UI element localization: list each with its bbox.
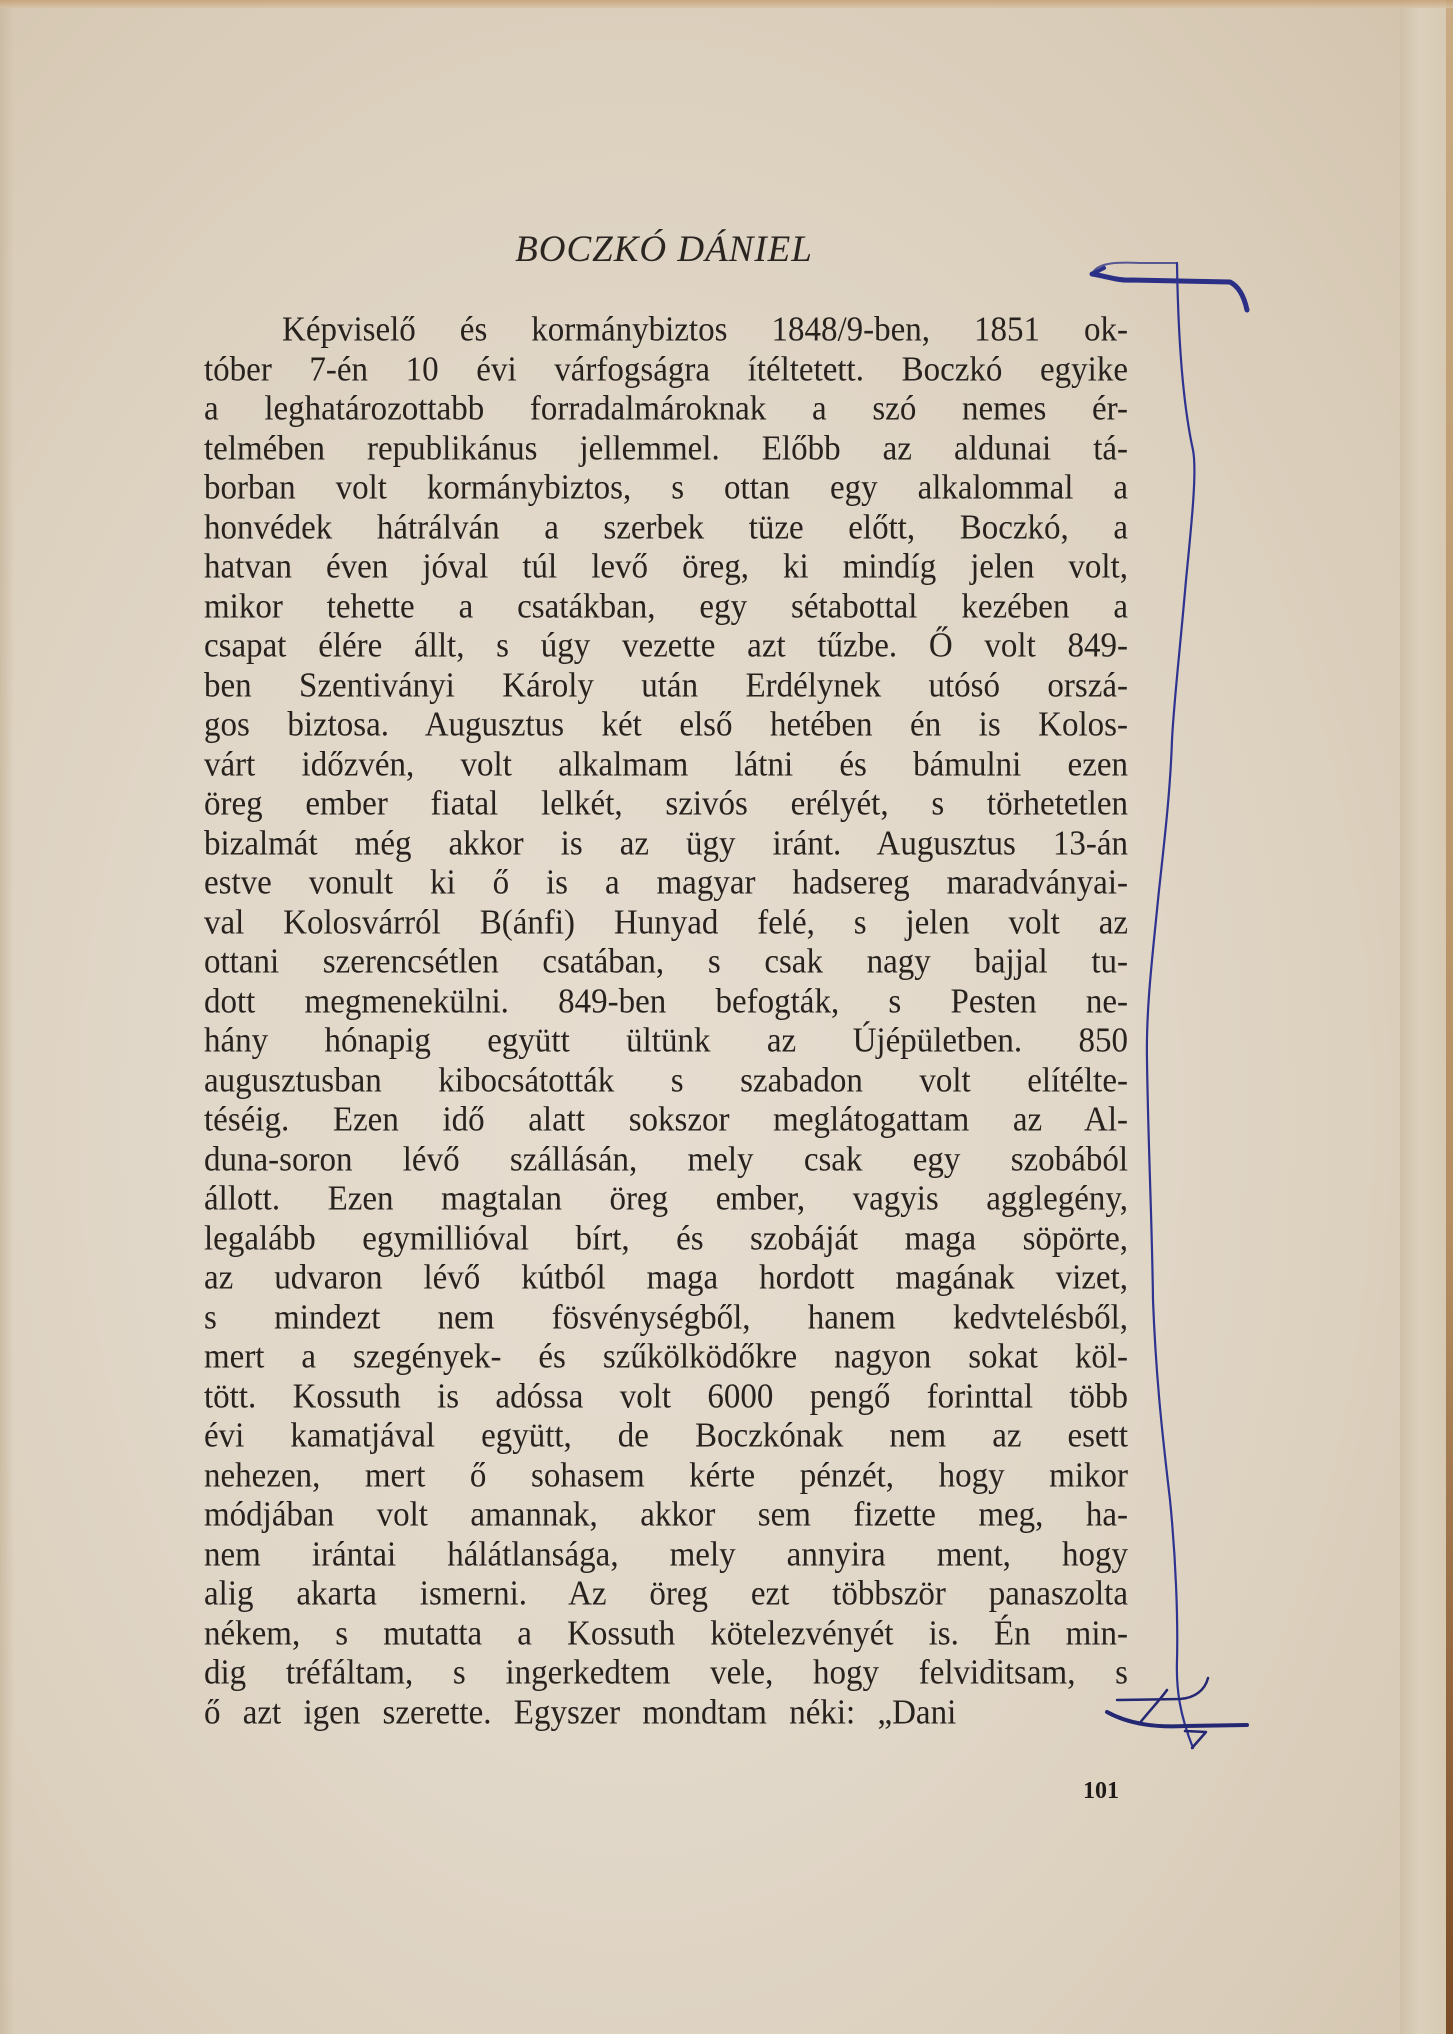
book-page: BOCZKÓ DÁNIEL Képviselő és kormánybiztos… bbox=[0, 0, 1400, 2034]
text-line: dig tréfáltam, s ingerkedtem vele, hogy … bbox=[204, 1653, 1128, 1695]
text-line: nékem, s mutatta a Kossuth kötelezvényét… bbox=[204, 1613, 1128, 1655]
text-line: gos biztosa. Augusztus két első hetében … bbox=[204, 705, 1128, 747]
underlying-page-edge bbox=[1398, 0, 1450, 2034]
page-top-edge bbox=[0, 0, 1453, 8]
text-line: dott megmenekülni. 849-ben befogták, s P… bbox=[204, 981, 1128, 1023]
text-line: öreg ember fiatal lelkét, szivós erélyét… bbox=[204, 784, 1128, 826]
text-line: duna-soron lévő szállásán, mely csak egy… bbox=[204, 1139, 1128, 1181]
text-line: évi kamatjával együtt, de Boczkónak nem … bbox=[204, 1416, 1128, 1458]
text-line: a leghatározottabb forradalmároknak a sz… bbox=[204, 389, 1128, 431]
text-line: állott. Ezen magtalan öreg ember, vagyis… bbox=[204, 1179, 1128, 1221]
body-paragraph: Képviselő és kormánybiztos 1848/9-ben, 1… bbox=[204, 311, 1128, 1733]
text-line: várt időzvén, volt alkalmam látni és bám… bbox=[204, 744, 1128, 786]
text-line: tóber 7-én 10 évi várfogságra ítéltetett… bbox=[204, 349, 1128, 391]
text-line: bizalmát még akkor is az ügy iránt. Augu… bbox=[204, 823, 1128, 865]
text-line: Képviselő és kormánybiztos 1848/9-ben, 1… bbox=[204, 310, 1128, 352]
text-line: mikor tehette a csatákban, egy sétabotta… bbox=[204, 586, 1128, 628]
text-line: val Kolosvárról B(ánfi) Hunyad felé, s j… bbox=[204, 902, 1128, 944]
text-line: legalább egymillióval bírt, és szobáját … bbox=[204, 1218, 1128, 1260]
text-line: honvédek hátrálván a szerbek tüze előtt,… bbox=[204, 507, 1128, 549]
text-line: csapat élére állt, s úgy vezette azt tűz… bbox=[204, 626, 1128, 668]
text-line: módjában volt amannak, akkor sem fizette… bbox=[204, 1495, 1128, 1537]
text-line: telmében republikánus jellemmel. Előbb a… bbox=[204, 428, 1128, 470]
page-number: 101 bbox=[1083, 1778, 1119, 1805]
text-line: hány hónapig együtt ültünk az Újépületbe… bbox=[204, 1021, 1128, 1063]
text-line: mert a szegények- és szűkölködőkre nagyo… bbox=[204, 1337, 1128, 1379]
text-line: ő azt igen szerette. Egyszer mondtam nék… bbox=[204, 1692, 1128, 1734]
text-line: az udvaron lévő kútból maga hordott magá… bbox=[204, 1258, 1128, 1300]
chapter-title: BOCZKÓ DÁNIEL bbox=[0, 228, 1328, 271]
text-line: ben Szentiványi Károly után Erdélynek ut… bbox=[204, 665, 1128, 707]
text-line: estve vonult ki ő is a magyar hadsereg m… bbox=[204, 863, 1128, 905]
text-line: ottani szerencsétlen csatában, s csak na… bbox=[204, 942, 1128, 984]
page-left-shadow bbox=[0, 0, 14, 2034]
text-line: borban volt kormánybiztos, s ottan egy a… bbox=[204, 468, 1128, 510]
book-cover-edge bbox=[1446, 0, 1453, 2034]
text-line: téséig. Ezen idő alatt sokszor meglátoga… bbox=[204, 1100, 1128, 1142]
text-line: nehezen, mert ő sohasem kérte pénzét, ho… bbox=[204, 1455, 1128, 1497]
text-line: nem irántai hálátlansága, mely annyira m… bbox=[204, 1534, 1128, 1576]
text-line: augusztusban kibocsátották s szabadon vo… bbox=[204, 1060, 1128, 1102]
text-line: hatvan éven jóval túl levő öreg, ki mind… bbox=[204, 547, 1128, 589]
text-line: alig akarta ismerni. Az öreg ezt többszö… bbox=[204, 1574, 1128, 1616]
text-line: tött. Kossuth is adóssa volt 6000 pengő … bbox=[204, 1376, 1128, 1418]
text-line: s mindezt nem fösvénységből, hanem kedvt… bbox=[204, 1297, 1128, 1339]
